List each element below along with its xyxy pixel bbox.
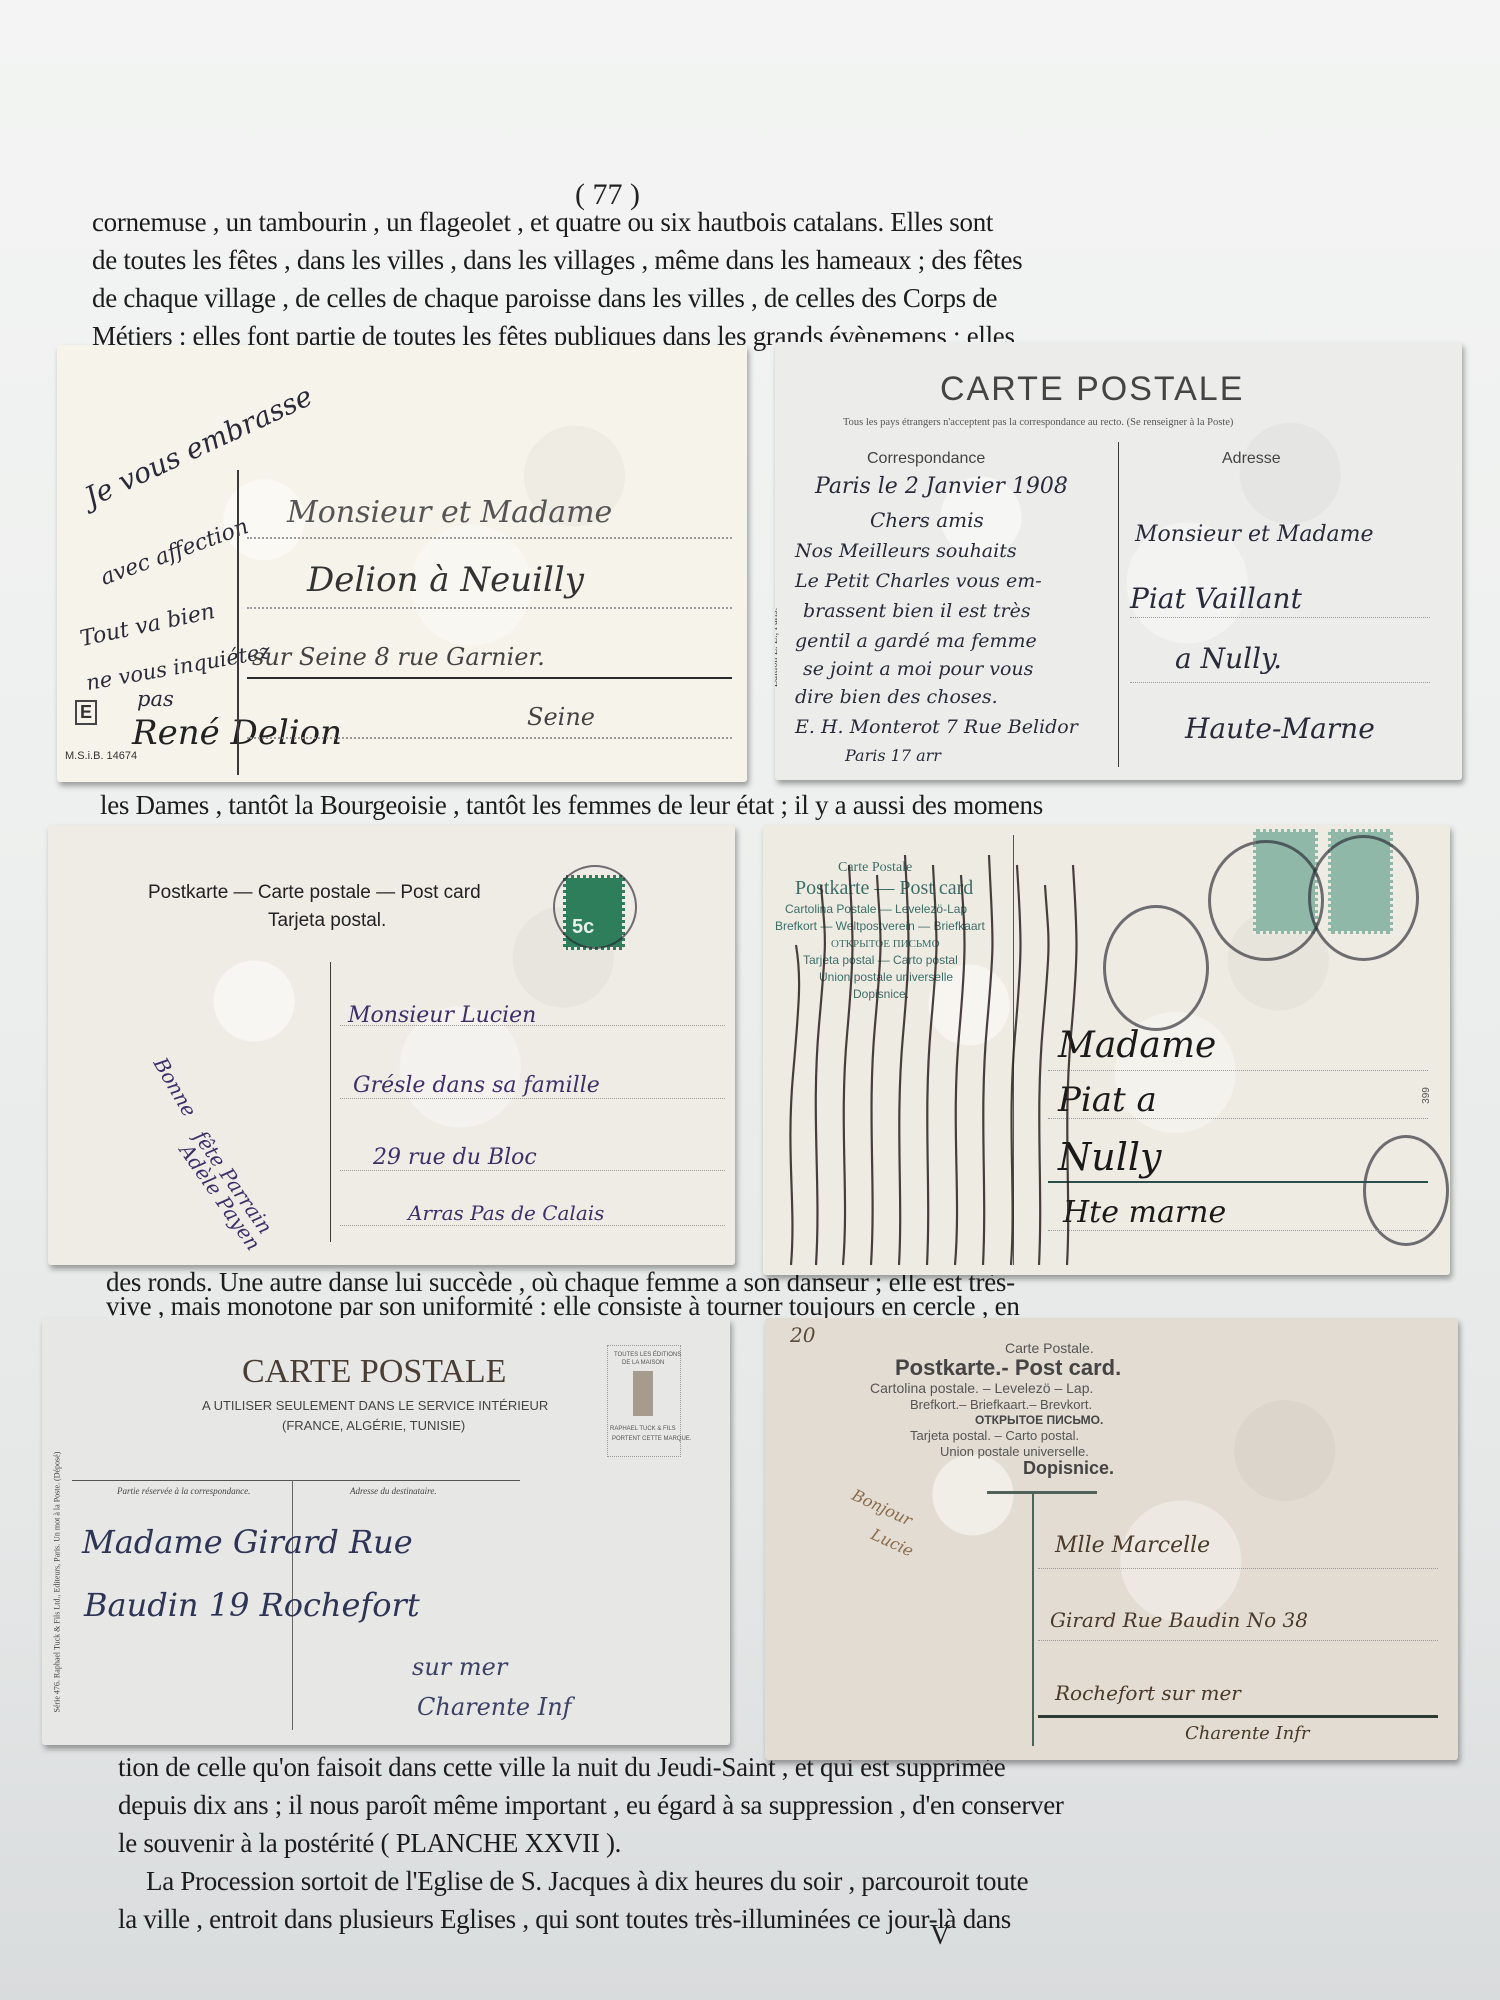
address-line xyxy=(247,537,732,539)
message-line: Bonjour xyxy=(849,1485,915,1529)
address-line-text: Girard Rue Baudin No 38 xyxy=(1050,1608,1308,1632)
message-line: E. H. Monterot 7 Rue Belidor xyxy=(795,716,1078,738)
address-line xyxy=(1130,682,1430,683)
card-title-line: Cartolina postale. – Levelezö – Lap. xyxy=(870,1380,1093,1396)
card-title: CARTE POSTALE xyxy=(242,1353,506,1391)
book-text-line: La Procession sortoit de l'Eglise de S. … xyxy=(146,1865,1198,1897)
card-title-line: Carte Postale. xyxy=(1005,1340,1094,1356)
cross-written-message xyxy=(771,825,1081,1275)
address-line xyxy=(340,1225,725,1226)
address-label: Adresse du destinataire. xyxy=(350,1486,437,1496)
card-title: Postkarte — Carte postale — Post card xyxy=(148,882,481,904)
address-line-text: Monsieur et Madame xyxy=(1135,522,1374,547)
divider-line xyxy=(1032,1491,1034,1746)
divider-line xyxy=(237,470,239,775)
address-line-text: Charente Infr xyxy=(1185,1723,1310,1744)
message-line: Tout va bien xyxy=(78,599,217,652)
card-title-line: Brefkort.– Briefkaart.– Brevkort. xyxy=(910,1397,1092,1412)
divider-line xyxy=(330,962,331,1242)
address-line-text: Charente Inf xyxy=(417,1693,572,1721)
card-title: CARTE POSTALE xyxy=(940,370,1244,409)
address-line xyxy=(340,1098,725,1099)
book-text-line: de toutes les fêtes , dans les villes , … xyxy=(92,244,1144,276)
card-title-line: Dopisnice. xyxy=(1023,1458,1114,1479)
postmark-icon xyxy=(1308,835,1419,961)
address-line xyxy=(340,1170,725,1171)
address-line-text: Mlle Marcelle xyxy=(1055,1533,1210,1558)
address-line-text: 29 rue du Bloc xyxy=(373,1145,537,1170)
postmark-icon xyxy=(1103,905,1209,1031)
address-line xyxy=(1038,1568,1438,1569)
stamp-box-text: PORTENT CETTE MARQUE. xyxy=(612,1436,691,1442)
address-line-text: Delion à Neuilly xyxy=(307,560,584,600)
signature-mark: V xyxy=(930,1920,950,1952)
address-line xyxy=(1048,1181,1428,1183)
message-line: brassent bien il est très xyxy=(803,600,1031,622)
postcard-3: Postkarte — Carte postale — Post card Ta… xyxy=(48,825,735,1265)
address-line-text: Monsieur et Madame xyxy=(287,495,612,530)
message-line: dire bien des choses. xyxy=(795,686,998,708)
publisher-mark: M.S.i.B. 14674 xyxy=(65,750,137,762)
stamp-box-text: TOUTES LES ÉDITIONS xyxy=(614,1352,681,1358)
correspondance-heading: Correspondance xyxy=(867,450,985,468)
address-line-text: Grésle dans sa famille xyxy=(353,1073,600,1098)
book-text-line: cornemuse , un tambourin , un flageolet … xyxy=(92,206,1144,238)
address-line-text: Arras Pas de Calais xyxy=(408,1201,604,1225)
book-text-line: le souvenir à la postérité ( PLANCHE XXV… xyxy=(118,1827,1170,1859)
address-line-text: Rochefort sur mer xyxy=(1055,1681,1241,1705)
side-imprint: Série 476. Raphael Tuck & Fils Ltd., Edi… xyxy=(53,1333,62,1713)
address-line-text: Madame Girard Rue xyxy=(82,1523,413,1561)
card-notice: Tous les pays étrangers n'acceptent pas … xyxy=(843,417,1233,428)
card-subtitle: Tarjeta postal. xyxy=(268,910,386,932)
book-text-line: la ville , entroit dans plusieurs Eglise… xyxy=(118,1903,1170,1935)
card-title-line: Tarjeta postal. – Carto postal. xyxy=(910,1428,1079,1443)
postcard-6: 20 Carte Postale. Postkarte.- Post card.… xyxy=(765,1318,1458,1760)
address-heading: Adresse xyxy=(1222,450,1281,468)
postcard-4: Carte Postale Postkarte — Post card Cart… xyxy=(763,825,1450,1275)
postcard-5: CARTE POSTALE A UTILISER SEULEMENT DANS … xyxy=(42,1318,730,1745)
address-line-text: sur Seine 8 rue Garnier. xyxy=(252,643,545,671)
address-line-text: Monsieur Lucien xyxy=(348,1003,536,1028)
corner-note: 20 xyxy=(790,1323,815,1347)
address-line xyxy=(1038,1640,1438,1641)
address-line xyxy=(1048,1230,1428,1231)
horizontal-rule xyxy=(72,1480,520,1481)
message-line: gentil a gardé ma femme xyxy=(795,630,1037,652)
book-text-line: de chaque village , de celles de chaque … xyxy=(92,282,1144,314)
card-subtitle: A UTILISER SEULEMENT DANS LE SERVICE INT… xyxy=(202,1398,548,1413)
publisher-logo-icon: E xyxy=(75,700,97,725)
book-text-line: les Dames , tantôt la Bourgeoisie , tant… xyxy=(100,789,1152,821)
divider-top-bar xyxy=(987,1491,1097,1494)
stamp-box-text: RAPHAEL TUCK & FILS xyxy=(610,1426,676,1432)
message-line: se joint a moi pour vous xyxy=(803,658,1033,680)
address-line xyxy=(247,737,732,739)
postmark-icon xyxy=(1208,840,1324,961)
address-line-text: Hte marne xyxy=(1063,1195,1226,1230)
address-line-text: Piat Vaillant xyxy=(1130,582,1302,615)
address-line-text: a Nully. xyxy=(1175,642,1282,675)
address-line-text: Madame xyxy=(1058,1025,1216,1066)
card-title-line: Postkarte.- Post card. xyxy=(895,1355,1121,1381)
card-title-line: ОТКРЫТОЕ ПИСЬМО. xyxy=(975,1413,1103,1427)
stamp-box-text: DE LA MAISON xyxy=(622,1360,664,1366)
easel-trademark-icon xyxy=(633,1371,653,1416)
side-imprint: Edition E. L., Paris. xyxy=(775,608,780,687)
postmark-icon xyxy=(553,865,637,949)
message-line: Paris le 2 Janvier 1908 xyxy=(815,474,1068,499)
address-line xyxy=(247,607,732,609)
message-line: Bonne xyxy=(149,1053,202,1121)
message-line: pas xyxy=(137,687,174,711)
address-line-text: Baudin 19 Rochefort xyxy=(84,1586,420,1624)
address-line xyxy=(247,677,732,679)
card-subtitle: (FRANCE, ALGÉRIE, TUNISIE) xyxy=(282,1418,465,1433)
card-title-line: Union postale universelle. xyxy=(940,1444,1089,1459)
message-line: Paris 17 arr xyxy=(845,746,941,765)
message-line: Lucie xyxy=(868,1524,916,1560)
message-line: Le Petit Charles vous em- xyxy=(795,570,1042,592)
stamp-box: TOUTES LES ÉDITIONS DE LA MAISON RAPHAEL… xyxy=(607,1345,681,1457)
message-line: Je vous embrasse xyxy=(80,379,318,513)
handwriting-strokes-icon xyxy=(771,825,1081,1275)
correspondence-label: Partie réservée à la correspondance. xyxy=(117,1486,250,1496)
address-line xyxy=(1048,1070,1428,1071)
message-line: avec affection xyxy=(97,514,251,591)
address-line xyxy=(1130,617,1430,618)
message-line: ne vous inquiétez xyxy=(84,639,272,695)
address-line-text: Haute-Marne xyxy=(1185,712,1375,745)
message-line: Chers amis xyxy=(870,508,984,532)
postcard-1: Je vous embrasse avec affection Tout va … xyxy=(57,345,747,782)
book-text-line: depuis dix ans ; il nous paroît même imp… xyxy=(118,1789,1170,1821)
message-line: Nos Meilleurs souhaits xyxy=(795,540,1017,562)
address-line-text: Seine xyxy=(527,703,595,731)
serial-number: 399 xyxy=(1421,1087,1432,1104)
divider-line xyxy=(1118,442,1119,767)
address-line-text: sur mer xyxy=(412,1653,507,1681)
address-line xyxy=(1038,1715,1438,1718)
postcard-2: CARTE POSTALE Tous les pays étrangers n'… xyxy=(775,342,1462,780)
